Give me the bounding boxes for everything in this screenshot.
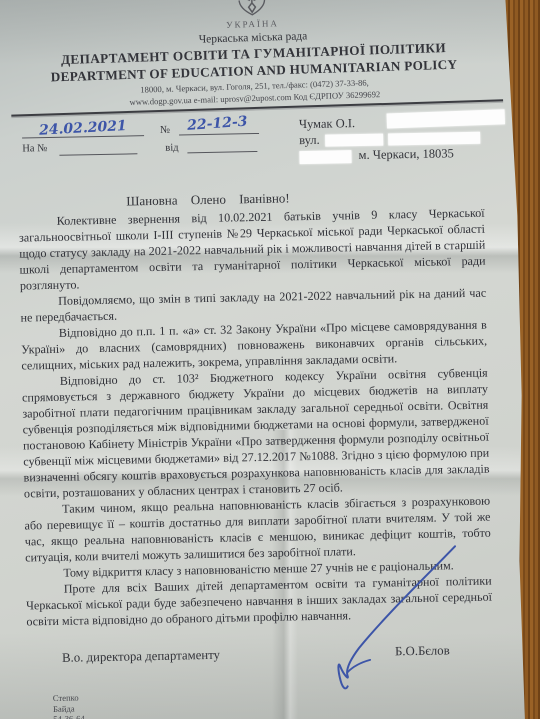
- signer-position: В.о. директора департаменту: [62, 648, 220, 666]
- addressee-name: Чумак О.І.: [299, 116, 355, 131]
- body-paragraph: Таким чином, якщо реальна наповнюваність…: [24, 493, 491, 566]
- letter-body: Колективне звернення від 10.02.2021 бать…: [0, 204, 522, 630]
- addressee-block: Чумак О.І. вул. м. Черкаси, 18035: [299, 112, 510, 164]
- reply-underline: [59, 153, 137, 155]
- reference-block: 24.02.2021 № 22-12-3 На № від Чумак О.І.…: [0, 110, 514, 182]
- executors-footer: Степко Байда 54-36-64: [53, 684, 525, 719]
- handwritten-number: 22-12-3: [179, 113, 255, 134]
- redaction-box: [387, 109, 505, 128]
- photo-of-letter: { "header": { "emblem_icon": "ukraine-tr…: [0, 0, 540, 719]
- redaction-box: [325, 134, 383, 147]
- redaction-box: [388, 132, 480, 146]
- addressee-city: м. Черкаси, 18035: [358, 146, 454, 162]
- addressee-city-row: м. Черкаси, 18035: [299, 144, 509, 164]
- reply-to-label: На №: [22, 143, 47, 154]
- letterhead: УКРАЇНА Черкаська міська рада ДЕПАРТАМЕН…: [0, 0, 513, 117]
- body-paragraph: Відповідно до ст. 103² Бюджетного кодекс…: [22, 365, 490, 502]
- letter-paper: УКРАЇНА Черкаська міська рада ДЕПАРТАМЕН…: [0, 0, 540, 719]
- letter-content: УКРАЇНА Черкаська міська рада ДЕПАРТАМЕН…: [0, 0, 524, 719]
- signer-name: Б.О.Бєлов: [395, 644, 450, 660]
- body-paragraph: Проте для всіх Ваших дітей департаментом…: [26, 573, 493, 630]
- redaction-box: [299, 150, 351, 164]
- number-label: №: [160, 125, 170, 136]
- street-label: вул.: [299, 133, 320, 147]
- from-underline: [187, 151, 257, 153]
- signature-block: В.о. директора департаменту Б.О.Бєлов: [7, 632, 524, 682]
- body-paragraph: Колективне звернення від 10.02.2021 бать…: [19, 205, 486, 294]
- number-underline: [179, 133, 259, 136]
- from-label: від: [165, 143, 178, 154]
